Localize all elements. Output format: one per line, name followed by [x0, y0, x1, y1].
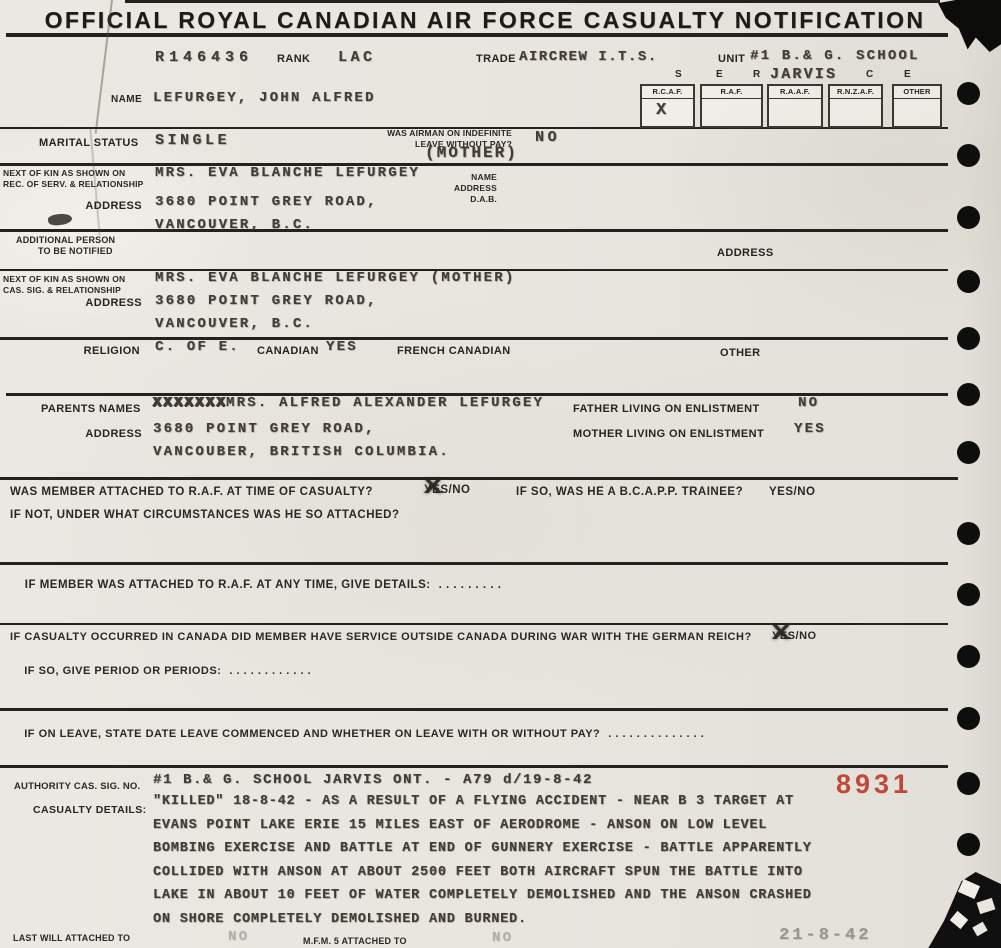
religion-label: RELIGION	[58, 345, 140, 357]
rule-above-raf	[0, 477, 958, 480]
kin-cas-label-line2: CAS. SIG. & RELATIONSHIP	[3, 285, 125, 296]
ink-smudge	[47, 212, 72, 226]
casualty-details-line: COLLIDED WITH ANSON AT ABOUT 2500 FEET B…	[153, 865, 812, 889]
service-box-other: OTHER	[892, 84, 942, 128]
service-letter-r: R	[753, 69, 760, 80]
marital-status-value: SINGLE	[155, 132, 230, 149]
additional-label-line2: TO BE NOTIFIED	[16, 246, 115, 257]
canada-q2: IF SO, GIVE PERIOD OR PERIODS:. . . . . …	[10, 653, 311, 689]
punch-hole	[957, 772, 980, 795]
mid-label-name: NAME	[437, 172, 497, 183]
rule-above-leave	[0, 708, 948, 711]
punch-hole	[957, 270, 980, 293]
religion-other-label: OTHER	[720, 347, 761, 359]
service-box-rcaf-label: R.C.A.F.	[642, 86, 693, 99]
footer-date-fragment: 21-8-42	[779, 926, 871, 945]
service-letter-e1: E	[716, 69, 723, 80]
punch-hole	[957, 144, 980, 167]
last-will-value: NO	[228, 929, 249, 945]
unit-value: #1 B.& G. SCHOOL	[750, 48, 920, 64]
rule-above-religion	[0, 337, 948, 340]
punch-hole	[957, 383, 980, 406]
rule-above-canada	[0, 623, 948, 625]
canada-q2-text: IF SO, GIVE PERIOD OR PERIODS:	[24, 665, 221, 677]
french-canadian-label: FRENCH CANADIAN	[397, 345, 511, 357]
kin-cas-name: MRS. EVA BLANCHE LEFURGEY (MOTHER)	[155, 270, 515, 286]
kin-service-label-line2: REC. OF SERV. & RELATIONSHIP	[3, 179, 144, 190]
mother-overtype: (MOTHER)	[425, 144, 518, 162]
service-letter-e2: E	[904, 69, 911, 80]
leave-without-pay-value: NO	[535, 129, 560, 146]
authority-label: AUTHORITY CAS. SIG. NO.	[14, 781, 140, 792]
rank-label: RANK	[277, 53, 310, 65]
name-value: LEFURGEY, JOHN ALFRED	[153, 90, 376, 106]
kin-service-address-line1: 3680 POINT GREY ROAD,	[155, 194, 378, 210]
rule-above-authority	[0, 765, 948, 768]
rule-above-additional	[0, 229, 948, 232]
punch-hole	[957, 327, 980, 350]
raf-q2: IF SO, WAS HE A B.C.A.P.P. TRAINEE?	[516, 486, 743, 498]
kin-service-address-line2: VANCOUVER, B.C.	[155, 217, 314, 233]
father-living-label: FATHER LIVING ON ENLISTMENT	[573, 403, 760, 415]
service-box-rnzaf: R.N.Z.A.F.	[828, 84, 883, 128]
additional-person-label: ADDITIONAL PERSON TO BE NOTIFIED	[16, 235, 115, 257]
kin-service-label: NEXT OF KIN AS SHOWN ON REC. OF SERV. & …	[3, 168, 144, 190]
punch-hole	[957, 707, 980, 730]
raf-q1: WAS MEMBER ATTACHED TO R.A.F. AT TIME OF…	[10, 486, 373, 498]
punch-hole	[957, 833, 980, 856]
mother-living-label: MOTHER LIVING ON ENLISTMENT	[573, 428, 764, 440]
leave-question-text: IF ON LEAVE, STATE DATE LEAVE COMMENCED …	[24, 728, 600, 740]
mid-label-dab: D.A.B.	[437, 194, 497, 205]
kin-service-address-label: ADDRESS	[60, 200, 142, 212]
punch-hole	[957, 645, 980, 668]
kin-service-name: MRS. EVA BLANCHE LEFURGEY	[155, 165, 420, 181]
service-letter-c: C	[866, 69, 873, 80]
father-living-value: NO	[798, 395, 819, 411]
canada-q2-dots: . . . . . . . . . . . .	[229, 665, 311, 677]
casualty-details-label: CASUALTY DETAILS:	[33, 805, 147, 817]
casualty-details-line: "KILLED" 18-8-42 - AS A RESULT OF A FLYI…	[153, 794, 812, 818]
service-box-raaf-label: R.A.A.F.	[769, 86, 821, 99]
raf-q4-dots: . . . . . . . . .	[439, 579, 502, 591]
mfm-label: M.F.M. 5 ATTACHED TO	[303, 936, 407, 947]
name-address-dab-label: NAME ADDRESS D.A.B.	[437, 172, 497, 205]
leave-question: IF ON LEAVE, STATE DATE LEAVE COMMENCED …	[10, 716, 704, 752]
service-box-rcaf: R.C.A.F. X	[640, 84, 695, 128]
religion-value: C. OF E.	[155, 339, 240, 355]
kin-cas-address-line2: VANCOUVER, B.C.	[155, 316, 314, 332]
punch-hole	[957, 206, 980, 229]
kin-cas-address-label: ADDRESS	[60, 297, 142, 309]
parents-address-line1: 3680 POINT GREY ROAD,	[153, 421, 376, 437]
kin-service-label-line1: NEXT OF KIN AS SHOWN ON	[3, 168, 144, 179]
service-box-rcaf-mark: X	[642, 101, 693, 120]
punch-hole	[957, 583, 980, 606]
leave-question-dots: . . . . . . . . . . . . . .	[608, 728, 704, 740]
kin-cas-address-line1: 3680 POINT GREY ROAD,	[155, 293, 378, 309]
parents-address-label: ADDRESS	[60, 428, 142, 440]
raf-q2-value: YES/NO	[769, 486, 815, 498]
punch-hole	[957, 522, 980, 545]
trade-value: AIRCREW I.T.S.	[519, 49, 658, 65]
page-title: OFFICIAL ROYAL CANADIAN AIR FORCE CASUAL…	[0, 7, 970, 34]
service-box-raaf: R.A.A.F.	[767, 84, 823, 128]
service-letter-s: S	[675, 69, 682, 80]
canadian-value: YES	[326, 339, 358, 355]
canada-q1-strike-mark: X	[772, 623, 790, 647]
additional-label-line1: ADDITIONAL PERSON	[16, 235, 115, 246]
service-box-raf-label: R.A.F.	[702, 86, 761, 99]
name-label: NAME	[111, 94, 142, 105]
canadian-label: CANADIAN	[257, 345, 319, 357]
raf-q1-strike-mark: X	[424, 477, 442, 501]
rule-above-raf-details	[0, 562, 948, 565]
kin-cas-label: NEXT OF KIN AS SHOWN ON CAS. SIG. & RELA…	[3, 274, 125, 296]
mid-label-address: ADDRESS	[437, 183, 497, 194]
punch-hole	[957, 441, 980, 464]
unit-value-line2: JARVIS	[770, 66, 837, 83]
raf-q3: IF NOT, UNDER WHAT CIRCUMSTANCES WAS HE …	[10, 509, 400, 521]
rule-top	[125, 0, 940, 3]
parents-address-line2: VANCOUBER, BRITISH COLUMBIA.	[153, 444, 450, 460]
trade-label: TRADE	[476, 53, 516, 65]
service-number: R146436	[155, 49, 253, 66]
parents-struck-text: XXXXXXX	[153, 395, 227, 411]
mother-living-value: YES	[794, 421, 826, 437]
mfm-value: NO	[492, 930, 513, 946]
raf-q4: IF MEMBER WAS ATTACHED TO R.A.F. AT ANY …	[10, 567, 501, 603]
service-box-raf: R.A.F.	[700, 84, 763, 128]
unit-label: UNIT	[718, 53, 745, 65]
casualty-details-line: LAKE IN ABOUT 10 FEET OF WATER COMPLETEL…	[153, 888, 812, 912]
torn-corner-bottom-right	[922, 872, 1001, 948]
casualty-details-line: BOMBING EXERCISE AND BATTLE AT END OF GU…	[153, 841, 812, 865]
last-will-label: LAST WILL ATTACHED TO	[13, 933, 130, 944]
leave-label-line1: WAS AIRMAN ON INDEFINITE	[332, 128, 512, 139]
kin-cas-label-line1: NEXT OF KIN AS SHOWN ON	[3, 274, 125, 285]
casualty-details-text: "KILLED" 18-8-42 - AS A RESULT OF A FLYI…	[153, 794, 812, 935]
casualty-details-line: EVANS POINT LAKE ERIE 15 MILES EAST OF A…	[153, 818, 812, 842]
raf-q4-text: IF MEMBER WAS ATTACHED TO R.A.F. AT ANY …	[25, 579, 431, 591]
casualty-details-line: ON SHORE COMPLETELY DEMOLISHED AND BURNE…	[153, 912, 812, 936]
parents-names-label: PARENTS NAMES	[41, 403, 141, 415]
rule-above-kin1	[0, 163, 948, 166]
parents-name: MRS. ALFRED ALEXANDER LEFURGEY	[226, 395, 544, 411]
authority-value: #1 B.& G. SCHOOL JARVIS ONT. - A79 d/19-…	[153, 772, 593, 788]
casualty-number-stamp: 8931	[836, 769, 912, 800]
service-box-other-label: OTHER	[894, 86, 940, 99]
service-box-rnzaf-label: R.N.Z.A.F.	[830, 86, 881, 99]
marital-status-label: MARITAL STATUS	[39, 137, 139, 149]
additional-address-label: ADDRESS	[717, 247, 774, 259]
rank-value: LAC	[338, 49, 376, 66]
punch-hole	[957, 82, 980, 105]
canada-q1: IF CASUALTY OCCURRED IN CANADA DID MEMBE…	[10, 631, 752, 643]
casualty-notification-form: OFFICIAL ROYAL CANADIAN AIR FORCE CASUAL…	[0, 0, 1001, 948]
